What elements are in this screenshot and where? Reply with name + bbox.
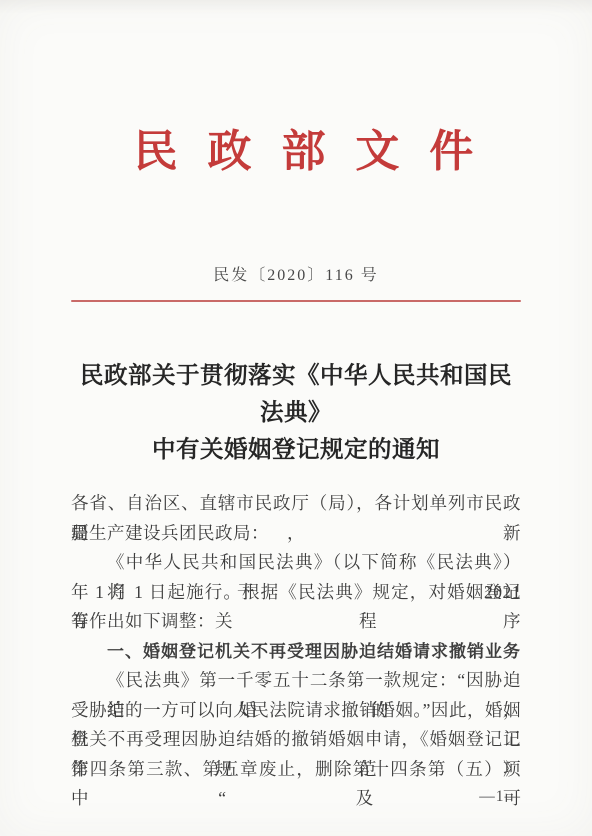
body-line: 《中华人民共和国民法典》（以下简称《民法典》）将于 2021 <box>71 548 521 578</box>
document-page: 民政部文件 民发〔2020〕116 号 民政部关于贯彻落实《中华人民共和国民法典… <box>0 0 592 836</box>
document-body: 各省、自治区、直辖市民政厅（局），各计划单列市民政局，新疆生产建设兵团民政局：《… <box>71 489 521 784</box>
body-line: 受胁迫的一方可以向人民法院请求撤销婚姻。”因此，婚姻登记 <box>71 696 521 726</box>
agency-header-title: 民政部文件 <box>71 128 551 176</box>
body-line: 第四条第三款、第五章废止，删除第十四条第（五）项中“及可 <box>71 755 521 785</box>
body-line: 年 1 月 1 日起施行。根据《民法典》规定，对婚姻登记有关程序 <box>71 578 521 608</box>
doc-number: 民发〔2020〕116 号 <box>71 262 521 285</box>
document-content: 民政部文件 民发〔2020〕116 号 民政部关于贯彻落实《中华人民共和国民法典… <box>0 128 592 806</box>
document-title-line2: 中有关婚姻登记规定的通知 <box>71 432 521 469</box>
red-divider-rule <box>71 300 521 302</box>
body-line: 《民法典》第一千零五十二条第一款规定：“因胁迫结婚的， <box>71 666 521 696</box>
body-line: 各省、自治区、直辖市民政厅（局），各计划单列市民政局，新 <box>71 489 521 519</box>
document-title-line1: 民政部关于贯彻落实《中华人民共和国民法典》 <box>71 358 521 432</box>
body-line: 机关不再受理因胁迫结婚的撤销婚姻申请，《婚姻登记工作规范》 <box>71 725 521 755</box>
document-title: 民政部关于贯彻落实《中华人民共和国民法典》 中有关婚姻登记规定的通知 <box>71 358 521 469</box>
body-heading-line: 一、婚姻登记机关不再受理因胁迫结婚请求撤销业务 <box>71 637 521 667</box>
scan-noise-artifact <box>0 0 592 14</box>
